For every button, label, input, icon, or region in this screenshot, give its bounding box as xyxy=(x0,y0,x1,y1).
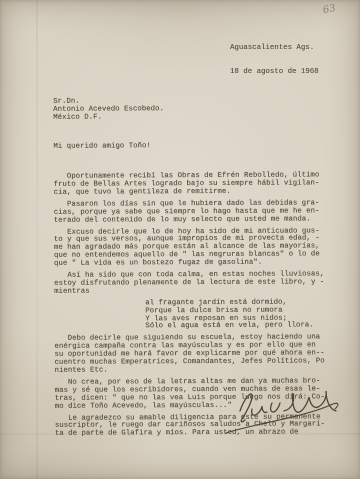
page-number-annotation: 63 xyxy=(322,3,337,16)
paragraph: Debo decirle que siguiendo su escuela, e… xyxy=(54,335,339,376)
recipient-line: México D.F. xyxy=(53,113,338,122)
letter-line: que " La vida es un bostezo fugaz de gas… xyxy=(54,259,339,268)
letter-page: 63 Aguascalientes Ags. 18 de agosto de 1… xyxy=(0,0,360,479)
recipient-block: Sr.Dn.Antonio Acevedo Escobedo.México D.… xyxy=(53,97,338,122)
paragraph: Pasaron los días sin que le hubiera dado… xyxy=(54,200,339,225)
letter-line: Sólo el agua está en vela, pero llora. xyxy=(145,323,339,332)
verse-stanza: al fragante jardín está dormido,Porque l… xyxy=(145,299,339,332)
paragraph: Así ha sido que con toda calma, en estas… xyxy=(54,271,339,296)
signature-scribble-icon xyxy=(220,385,350,437)
letter-line: terado del contenido de lo muy selecto q… xyxy=(54,216,339,225)
letter-line: nientes Etc. xyxy=(55,366,340,375)
paper-crease-vertical xyxy=(36,0,38,479)
paragraph: Excuso decirle que lo de hoy ha sido de … xyxy=(54,228,339,269)
handwritten-signature xyxy=(220,385,350,442)
letter-line: estoy disfrutando plenamente de la lectu… xyxy=(54,279,339,288)
letterhead-place: Aguascalientes Ags. xyxy=(230,45,319,53)
salutation: Mi querido amigo Toño! xyxy=(53,143,338,152)
letter-line: mientras xyxy=(54,287,339,296)
letterhead-date: 18 de agosto de 1968 xyxy=(230,69,319,77)
paragraph: Oportunamente recibí las Obras de Efrén … xyxy=(54,172,339,197)
letter-line: cia, que tuvo la gentileza de remitirme. xyxy=(54,188,339,197)
